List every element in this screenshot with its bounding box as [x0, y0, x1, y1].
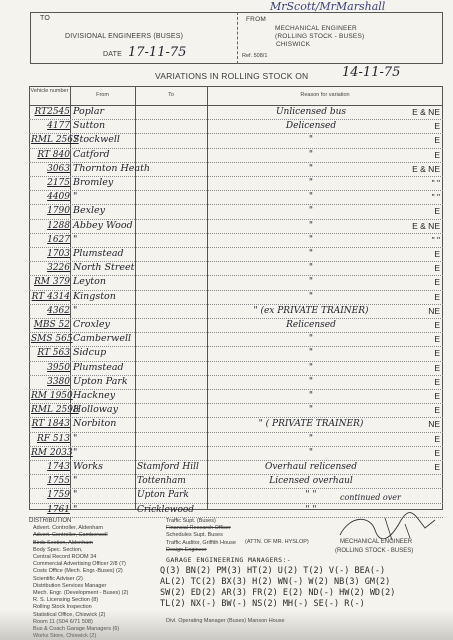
from-location: ": [73, 304, 137, 318]
vehicle-number: RT 4314: [31, 290, 70, 304]
table-row: 3063Thornton Heath"E & NE: [29, 162, 443, 176]
variation-reason: ": [211, 133, 411, 147]
licence-code: E: [400, 133, 440, 147]
page-shadow: [0, 610, 453, 640]
from-location: ": [73, 446, 137, 460]
table-row: 4177SuttonDelicensedE: [29, 119, 443, 133]
garage-allocation-line: Q(3) BN(2) PM(3) HT(2) U(2) T(2) V(-) BE…: [160, 566, 395, 577]
table-row: 4362"" (ex PRIVATE TRAINER)NE: [29, 304, 443, 318]
distribution-item: Advert. Controller, Aldenham: [33, 525, 159, 532]
licence-code: E: [400, 148, 440, 162]
variation-reason: Overhaul relicensed: [211, 460, 411, 474]
variation-reason: " (ex PRIVATE TRAINER): [211, 304, 411, 318]
to-location: [137, 361, 207, 375]
licence-code: E: [400, 204, 440, 218]
table-row: 3950Plumstead"E: [29, 361, 443, 375]
to-location: [137, 162, 207, 176]
from-location: Plumstead: [73, 247, 137, 261]
vehicle-number: 2175: [31, 176, 70, 190]
vehicle-number: MBS 52: [31, 318, 70, 332]
licence-code: E: [400, 446, 440, 460]
attention-note: (ATTN. OF MR. HYSLOP): [245, 539, 309, 545]
licence-code: E: [400, 432, 440, 446]
table-row: 3380Upton Park"E: [29, 375, 443, 389]
to-location: [137, 204, 207, 218]
to-location: Tottenham: [137, 474, 207, 488]
licence-code: [400, 488, 440, 502]
to-location: [137, 176, 207, 190]
from-location: Sutton: [73, 119, 137, 133]
garage-allocation-line: SW(2) ED(2) AR(3) FR(2) E(2) ND(-) HW(2)…: [160, 588, 395, 599]
vehicle-number: 4409: [31, 190, 70, 204]
variation-reason: ": [211, 403, 411, 417]
variation-reason: ": [211, 361, 411, 375]
licence-code: NE: [400, 304, 440, 318]
to-location: [137, 119, 207, 133]
from-annotation: MrScott/MrMarshall: [270, 0, 385, 13]
col-header-reason: Reason for variation: [207, 92, 443, 98]
to-location: [137, 375, 207, 389]
vehicle-number: 1743: [31, 460, 70, 474]
from-location: ": [73, 488, 137, 502]
variation-reason: ": [211, 446, 411, 460]
from-label: FROM: [246, 16, 266, 23]
table-row: RF 513""E: [29, 432, 443, 446]
licence-code: E: [400, 389, 440, 403]
from-location: Plumstead: [73, 361, 137, 375]
to-location: [137, 133, 207, 147]
to-location: [137, 389, 207, 403]
table-row: RM 1950Hackney"E: [29, 389, 443, 403]
from-line-3: CHISWICK: [276, 41, 310, 48]
licence-code: E: [400, 375, 440, 389]
from-location: Holloway: [73, 403, 137, 417]
from-line-1: MECHANICAL ENGINEER: [275, 25, 357, 32]
from-location: Bexley: [73, 204, 137, 218]
table-row: 1703Plumstead"E: [29, 247, 443, 261]
vehicle-number: RM 2033: [31, 446, 70, 460]
distribution-item: Central Record ROOM 34: [33, 554, 159, 561]
distribution-item: Design Engineer: [166, 547, 286, 554]
to-location: [137, 446, 207, 460]
vehicle-number: 1288: [31, 219, 70, 233]
table-row: RT 4314Kingston"E: [29, 290, 443, 304]
distribution-item: Costs Office (Mech. Engr.-Buses) (2): [33, 568, 159, 575]
variation-reason: ": [211, 290, 411, 304]
variation-reason: ": [211, 275, 411, 289]
from-location: Sidcup: [73, 346, 137, 360]
to-location: [137, 432, 207, 446]
from-location: Camberwell: [73, 332, 137, 346]
table-row: RM 2033""E: [29, 446, 443, 460]
from-line-2: (ROLLING STOCK - BUSES): [275, 33, 364, 40]
table-row: 1288Abbey Wood"E & NE: [29, 219, 443, 233]
to-location: [137, 403, 207, 417]
to-location: [137, 304, 207, 318]
signature-title-2: (ROLLING STOCK - BUSES): [335, 548, 413, 554]
table-row: RM 379Leyton"E: [29, 275, 443, 289]
vehicle-number: RT 840: [31, 148, 70, 162]
from-location: ": [73, 190, 137, 204]
to-location: [137, 233, 207, 247]
signature: [330, 510, 440, 545]
to-location: [137, 275, 207, 289]
date-label: DATE: [103, 51, 122, 58]
distribution-item: Commercial Advertising Officer 2/8 (7): [33, 561, 159, 568]
variation-reason: ": [211, 233, 411, 247]
to-location: Cricklewood: [137, 503, 207, 517]
licence-code: E: [400, 332, 440, 346]
vehicle-number: 1790: [31, 204, 70, 218]
from-location: Thornton Heath: [73, 162, 137, 176]
distribution-item: Distribution Services Manager: [33, 583, 159, 590]
to-location: [137, 247, 207, 261]
variation-reason: ": [211, 432, 411, 446]
licence-code: E: [400, 290, 440, 304]
variation-date: 14-11-75: [342, 65, 400, 80]
licence-code: E: [400, 247, 440, 261]
variation-reason: ": [211, 346, 411, 360]
from-location: North Street: [73, 261, 137, 275]
col-header-from: From: [70, 92, 135, 98]
variation-reason: ": [211, 247, 411, 261]
vehicle-number: 1761: [31, 503, 70, 517]
distribution-middle-items: Traffic Supt. (Buses)Financial Research …: [166, 518, 286, 554]
from-location: ": [73, 503, 137, 517]
distribution-middle: Traffic Supt. (Buses)Financial Research …: [166, 518, 286, 554]
reference-number: Ref. 508/1: [242, 53, 267, 59]
to-location: Stamford Hill: [137, 460, 207, 474]
from-location: Kingston: [73, 290, 137, 304]
variation-reason: ": [211, 190, 411, 204]
licence-code: E: [400, 346, 440, 360]
licence-code: E: [400, 318, 440, 332]
vehicle-number: SMS 565: [31, 332, 70, 346]
to-location: [137, 417, 207, 431]
from-location: Poplar: [73, 105, 137, 119]
table-row: RT 563Sidcup"E: [29, 346, 443, 360]
from-location: ": [73, 474, 137, 488]
variation-reason: ": [211, 332, 411, 346]
variation-reason: " ( PRIVATE TRAINER): [211, 417, 411, 431]
col-header-vehicle: Vehicle number: [29, 88, 70, 95]
licence-code: E & NE: [400, 105, 440, 119]
table-row: 4409""" ": [29, 190, 443, 204]
from-location: Croxley: [73, 318, 137, 332]
from-location: ": [73, 233, 137, 247]
to-location: [137, 332, 207, 346]
vehicle-number: 3950: [31, 361, 70, 375]
from-location: ": [73, 432, 137, 446]
vehicle-number: RT 563: [31, 346, 70, 360]
to-location: [137, 105, 207, 119]
table-row: RT 1843Norbiton" ( PRIVATE TRAINER)NE: [29, 417, 443, 431]
variation-reason: Delicensed: [211, 119, 411, 133]
table-row: 1790Bexley"E: [29, 204, 443, 218]
vehicle-number: 1627: [31, 233, 70, 247]
licence-code: E & NE: [400, 219, 440, 233]
licence-code: E: [400, 261, 440, 275]
from-location: Catford: [73, 148, 137, 162]
table-row: 1743WorksStamford HillOverhaul relicense…: [29, 460, 443, 474]
table-row: RT 840Catford"E: [29, 148, 443, 162]
variation-reason: ": [211, 219, 411, 233]
table-row: 1755"TottenhamLicensed overhaul: [29, 474, 443, 488]
variation-reason: ": [211, 162, 411, 176]
vehicle-number: 1759: [31, 488, 70, 502]
licence-code: " ": [400, 190, 440, 204]
header-divider: [237, 12, 238, 64]
vehicle-number: RT2545: [31, 105, 70, 119]
distribution-heading: DISTRIBUTION: [29, 518, 159, 525]
vehicle-number: 3380: [31, 375, 70, 389]
variation-reason: ": [211, 176, 411, 190]
variation-reason: ": [211, 148, 411, 162]
from-location: Abbey Wood: [73, 219, 137, 233]
vehicle-number: 3226: [31, 261, 70, 275]
variation-reason: ": [211, 389, 411, 403]
to-location: Upton Park: [137, 488, 207, 502]
table-row: SMS 565Camberwell"E: [29, 332, 443, 346]
vehicle-number: 1703: [31, 247, 70, 261]
licence-code: " ": [400, 176, 440, 190]
licence-code: NE: [400, 417, 440, 431]
to-location: [137, 318, 207, 332]
licence-code: E: [400, 361, 440, 375]
licence-code: E: [400, 119, 440, 133]
date-value: 17-11-75: [128, 45, 186, 60]
licence-code: E: [400, 460, 440, 474]
vehicle-number: 3063: [31, 162, 70, 176]
variation-reason: ": [211, 375, 411, 389]
table-row: MBS 52CroxleyRelicensedE: [29, 318, 443, 332]
licence-code: E: [400, 275, 440, 289]
licence-code: E & NE: [400, 162, 440, 176]
vehicle-number: 4362: [31, 304, 70, 318]
variation-reason: Unlicensed bus: [211, 105, 411, 119]
licence-code: " ": [400, 233, 440, 247]
vehicle-number: RM 1950: [31, 389, 70, 403]
from-location: Works: [73, 460, 137, 474]
vehicle-number: RF 513: [31, 432, 70, 446]
table-row: 3226North Street"E: [29, 261, 443, 275]
distribution-item: Birds Section, Aldenham: [33, 540, 159, 547]
table-row: RML 2567Stockwell"E: [29, 133, 443, 147]
vehicle-number: RM 379: [31, 275, 70, 289]
garage-allocation-list: Q(3) BN(2) PM(3) HT(2) U(2) T(2) V(-) BE…: [160, 566, 395, 610]
variation-reason: ": [211, 204, 411, 218]
distribution-item: Body Spec. Section,: [33, 547, 159, 554]
col-header-to: To: [135, 92, 207, 98]
licence-code: [400, 474, 440, 488]
table-row: 2175Bromley"" ": [29, 176, 443, 190]
variation-reason: ": [211, 261, 411, 275]
document-title: VARIATIONS IN ROLLING STOCK ON: [155, 71, 308, 81]
vehicle-number: 4177: [31, 119, 70, 133]
vehicle-number: RML 2598: [31, 403, 70, 417]
to-label: TO: [40, 15, 50, 22]
distribution-item: Financial Research Officer: [166, 525, 286, 532]
from-location: Upton Park: [73, 375, 137, 389]
distribution-item: R. S. Licensing Section (8): [33, 597, 159, 604]
vehicle-number: 1755: [31, 474, 70, 488]
to-location: [137, 190, 207, 204]
from-location: Stockwell: [73, 133, 137, 147]
to-location: [137, 261, 207, 275]
distribution-item: Traffic Supt. (Buses): [166, 518, 286, 525]
to-location: [137, 346, 207, 360]
from-location: Leyton: [73, 275, 137, 289]
from-location: Norbiton: [73, 417, 137, 431]
distribution-item: Advert. Controller, Camberwell: [33, 532, 159, 539]
vehicle-number: RT 1843: [31, 417, 70, 431]
variation-reason: Licensed overhaul: [211, 474, 411, 488]
table-row: RT2545PoplarUnlicensed busE & NE: [29, 105, 443, 119]
to-location: [137, 219, 207, 233]
continued-note: continued over: [340, 493, 401, 502]
from-location: Bromley: [73, 176, 137, 190]
to-location: [137, 148, 207, 162]
garage-allocation-line: AL(2) TC(2) BX(3) H(2) WN(-) W(2) NB(3) …: [160, 577, 395, 588]
distribution-item: Mech. Engr. (Development - Buses) (2): [33, 590, 159, 597]
variation-reason: Relicensed: [211, 318, 411, 332]
distribution-item: Scientific Adviser (2): [33, 576, 159, 583]
licence-code: E: [400, 403, 440, 417]
from-location: Hackney: [73, 389, 137, 403]
vehicle-number: RML 2567: [31, 133, 70, 147]
garage-heading: GARAGE ENGINEERING MANAGERS:-: [166, 555, 291, 566]
to-recipient: DIVISIONAL ENGINEERS (BUSES): [65, 33, 183, 40]
table-row: RML 2598Holloway"E: [29, 403, 443, 417]
to-location: [137, 290, 207, 304]
table-row: 1627""" ": [29, 233, 443, 247]
garage-allocation-line: TL(2) NX(-) BW(-) NS(2) MH(-) SE(-) R(-): [160, 599, 395, 610]
